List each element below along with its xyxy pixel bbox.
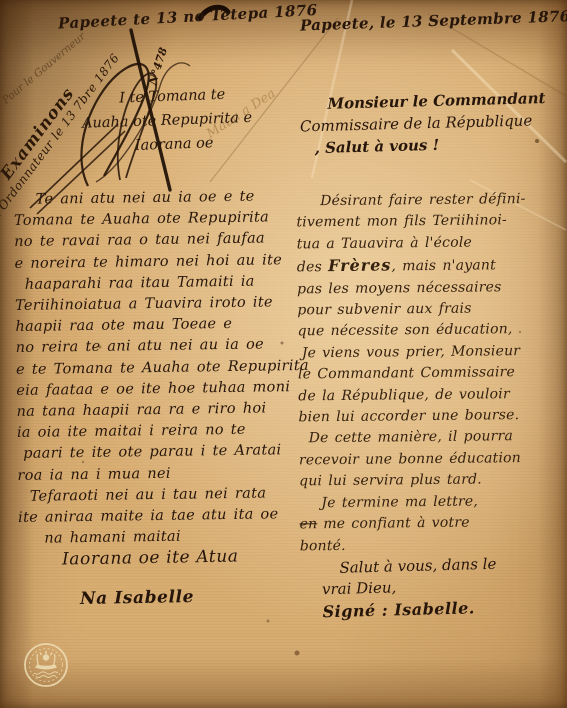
scanned-letter-page: Papeete te 13 no Tetepa 1876 Papeete, le… xyxy=(0,0,567,708)
body-line: ite aniraa maite ia tae atu ita oe xyxy=(18,504,300,529)
body-line: paari te ite ote parau i te Aratai xyxy=(17,440,299,465)
addressee-block-tahitian: I te Tomana te Auaha ote Repupirita e Ia… xyxy=(71,80,309,160)
closing-tahitian: Iaorana oe ite Atua xyxy=(62,546,239,569)
body-line-freres: des Frères, mais n'ayant xyxy=(297,253,563,279)
body-line: tua a Tauavira à l'école xyxy=(297,231,563,255)
body-line: qui lui servira plus tard. xyxy=(299,469,565,493)
body-line: pas les moyens nécessaires xyxy=(297,276,563,300)
signature-french: Signé : Isabelle. xyxy=(322,596,497,623)
freres-prefix: des xyxy=(297,259,328,275)
body-line: Teriihinoiatua a Tuavira iroto ite xyxy=(15,292,297,317)
body-line: de la République, de vouloir xyxy=(298,383,564,407)
body-line: bien lui accorder une bourse. xyxy=(298,405,564,429)
struck-word: en xyxy=(299,516,317,532)
letter-body-tahitian: Te ani atu nei au ia oe e te Tomana te A… xyxy=(13,186,300,550)
body-line-struck: enme confiant à votre xyxy=(299,512,565,536)
body-line: Je termine ma lettre, xyxy=(299,490,565,514)
body-line: bonté. xyxy=(300,533,566,557)
closing-french: Salut à vous, dans le vrai Dieu, Signé :… xyxy=(321,554,498,623)
body-line: le Commandant Commissaire xyxy=(298,362,564,386)
signature-tahitian: Na Isabelle xyxy=(80,587,194,609)
struck-line-rest: me confiant à votre xyxy=(323,515,470,533)
body-line: Désirant faire rester défini- xyxy=(296,189,562,213)
body-line: na hamani maitai xyxy=(18,525,300,550)
addressee-block-french: Monsieur le Commandant Commissaire de la… xyxy=(299,87,567,160)
body-line: pour subvenir aux frais xyxy=(297,298,563,322)
body-line: tivement mon fils Teriihinoi- xyxy=(296,210,562,234)
freres-emphasized-word: Frères xyxy=(328,256,392,276)
body-line: recevoir une bonne éducation xyxy=(299,447,565,471)
letter-body-french: Désirant faire rester défini- tivement m… xyxy=(296,189,566,558)
body-line: De cette manière, il pourra xyxy=(299,426,565,450)
freres-suffix: , mais n'ayant xyxy=(391,258,496,275)
body-line: Je viens vous prier, Monsieur xyxy=(298,340,564,364)
body-line: na tana haapii raa ra e riro hoi xyxy=(16,398,298,423)
body-line: que nécessite son éducation, xyxy=(297,319,563,343)
